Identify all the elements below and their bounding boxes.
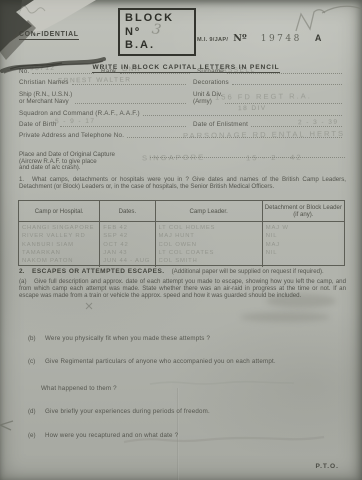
torn-corner-light-patch bbox=[20, 0, 96, 34]
col-camp-entries: CHANGI SINGAPORE RIVER VALLEY RD KANBURI… bbox=[19, 222, 100, 267]
question-2c-followup: What happened to them ? bbox=[41, 385, 342, 392]
torn-corner-dark-patch bbox=[0, 0, 34, 52]
question-2d: (d) Give briefly your experiences during… bbox=[28, 408, 342, 415]
capture-label-block: Place and Date of Original Capture (Airc… bbox=[19, 152, 115, 172]
unit-handwriting-2: 18 DIV bbox=[238, 105, 267, 112]
unit-handwriting: 156 FD REGT R.A. bbox=[215, 91, 312, 101]
rank-label: Rank bbox=[101, 68, 117, 75]
no-symbol: Nº bbox=[233, 33, 246, 44]
mi9-prefix: M.I. 9/JAP/ bbox=[197, 37, 228, 43]
question-1-text: What camps, detachments or hospitals wer… bbox=[19, 176, 346, 190]
question-2-number: 2. bbox=[19, 268, 32, 275]
question-2e: (e) How were you recaptured and on what … bbox=[28, 432, 342, 439]
pencil-corner-curve bbox=[322, 6, 362, 13]
camps-table-header: Camp or Hospital. Dates. Camp Leader. De… bbox=[19, 201, 344, 222]
decorations-field[interactable] bbox=[232, 79, 342, 85]
question-2-heading: 2. ESCAPES OR ATTEMPTED ESCAPES. (Additi… bbox=[19, 268, 346, 275]
pencil-x-mark bbox=[86, 303, 92, 309]
rank-handwriting: GNR bbox=[122, 66, 141, 73]
confidential-label: CONFIDENTIAL bbox=[19, 31, 79, 40]
date-of-birth-handwriting: 5 - 9 - 17 bbox=[55, 118, 95, 126]
question-2-note: (Additional paper will be supplied on re… bbox=[172, 268, 324, 275]
no-label: No. bbox=[19, 68, 29, 75]
question-2a-text: Give full description and approx. date o… bbox=[19, 278, 346, 299]
surname-handwriting: HASSELL bbox=[216, 67, 256, 75]
question-2a-label: (a) bbox=[19, 278, 34, 285]
serial-number: 19748 bbox=[261, 34, 302, 44]
torn-corner-streak bbox=[0, 20, 36, 60]
decorations-label: Decorations bbox=[193, 79, 229, 86]
pencil-initials-mark bbox=[20, 6, 45, 13]
christian-names-handwriting: ERNEST WALTER bbox=[58, 76, 131, 84]
ship-label: Ship (R.N., U.S.N.) or Merchant Navy bbox=[19, 92, 72, 105]
pow-liberation-questionnaire-form: CONFIDENTIAL BLOCK Nº B.A. 3 M.I. 9/JAP/… bbox=[0, 0, 362, 480]
row-squadron: Squadron and Command (R.A.F., A.A.F.) bbox=[19, 110, 345, 117]
camps-table-body[interactable]: CHANGI SINGAPORE RIVER VALLEY RD KANBURI… bbox=[19, 222, 344, 267]
header-camp-or-hospital: Camp or Hospital. bbox=[19, 201, 100, 221]
col-detachment-entries: MAJ W NIL MAJ NIL bbox=[263, 222, 344, 267]
capture-date-handwriting: 15 - 2 - 42 bbox=[246, 153, 303, 163]
date-of-enlistment-handwriting: 2 - 3 - 39 bbox=[298, 119, 338, 127]
pencil-smudge bbox=[240, 312, 330, 322]
col-dates-entries: FEB 42 SEP 42 OCT 42 JAN 43 JUN 44 - AUG… bbox=[100, 222, 155, 267]
ship-field[interactable] bbox=[75, 98, 186, 104]
question-1-number: 1. bbox=[19, 176, 32, 183]
question-2a: (a)Give full description and approx. dat… bbox=[19, 278, 346, 299]
question-2c: (c) Give Regimental particulars of anyon… bbox=[28, 358, 342, 365]
date-of-enlistment-label: Date of Enlistment bbox=[193, 121, 248, 128]
stamp-line-ba: B.A. bbox=[125, 39, 189, 53]
squadron-label: Squadron and Command (R.A.F., A.A.F.) bbox=[19, 110, 140, 117]
private-address-label: Private Address and Telephone No. bbox=[19, 132, 124, 139]
capture-place-handwriting: SINGAPORE bbox=[142, 153, 205, 163]
header-detachment-leader: Detachment or Block Leader (if any). bbox=[263, 201, 344, 221]
margin-tick-mark bbox=[0, 421, 13, 430]
reference-number-line: M.I. 9/JAP/ Nº 19748 A bbox=[197, 33, 321, 44]
faint-pencil-marks-c bbox=[150, 382, 294, 384]
date-of-birth-label: Date of Birth bbox=[19, 121, 57, 128]
pto-label: P.T.O. bbox=[316, 463, 339, 470]
header-camp-leader: Camp Leader. bbox=[156, 201, 263, 221]
header-dates: Dates. bbox=[100, 201, 155, 221]
question-1: 1.What camps, detachments or hospitals w… bbox=[19, 176, 346, 190]
no-handwriting: 95712 bbox=[30, 65, 55, 72]
pencil-n-mark bbox=[296, 10, 325, 31]
series-letter: A bbox=[315, 33, 322, 43]
question-2-title: ESCAPES OR ATTEMPTED ESCAPES. bbox=[32, 268, 165, 275]
camps-table: Camp or Hospital. Dates. Camp Leader. De… bbox=[18, 200, 345, 266]
question-2b: (b) Were you physically fit when you mad… bbox=[28, 335, 342, 342]
col-leader-entries: LT COL HOLMES MAJ HUNT COL OWEN LT COL C… bbox=[156, 222, 263, 267]
row-no-rank-surname: No. Rank Surname bbox=[19, 68, 345, 75]
